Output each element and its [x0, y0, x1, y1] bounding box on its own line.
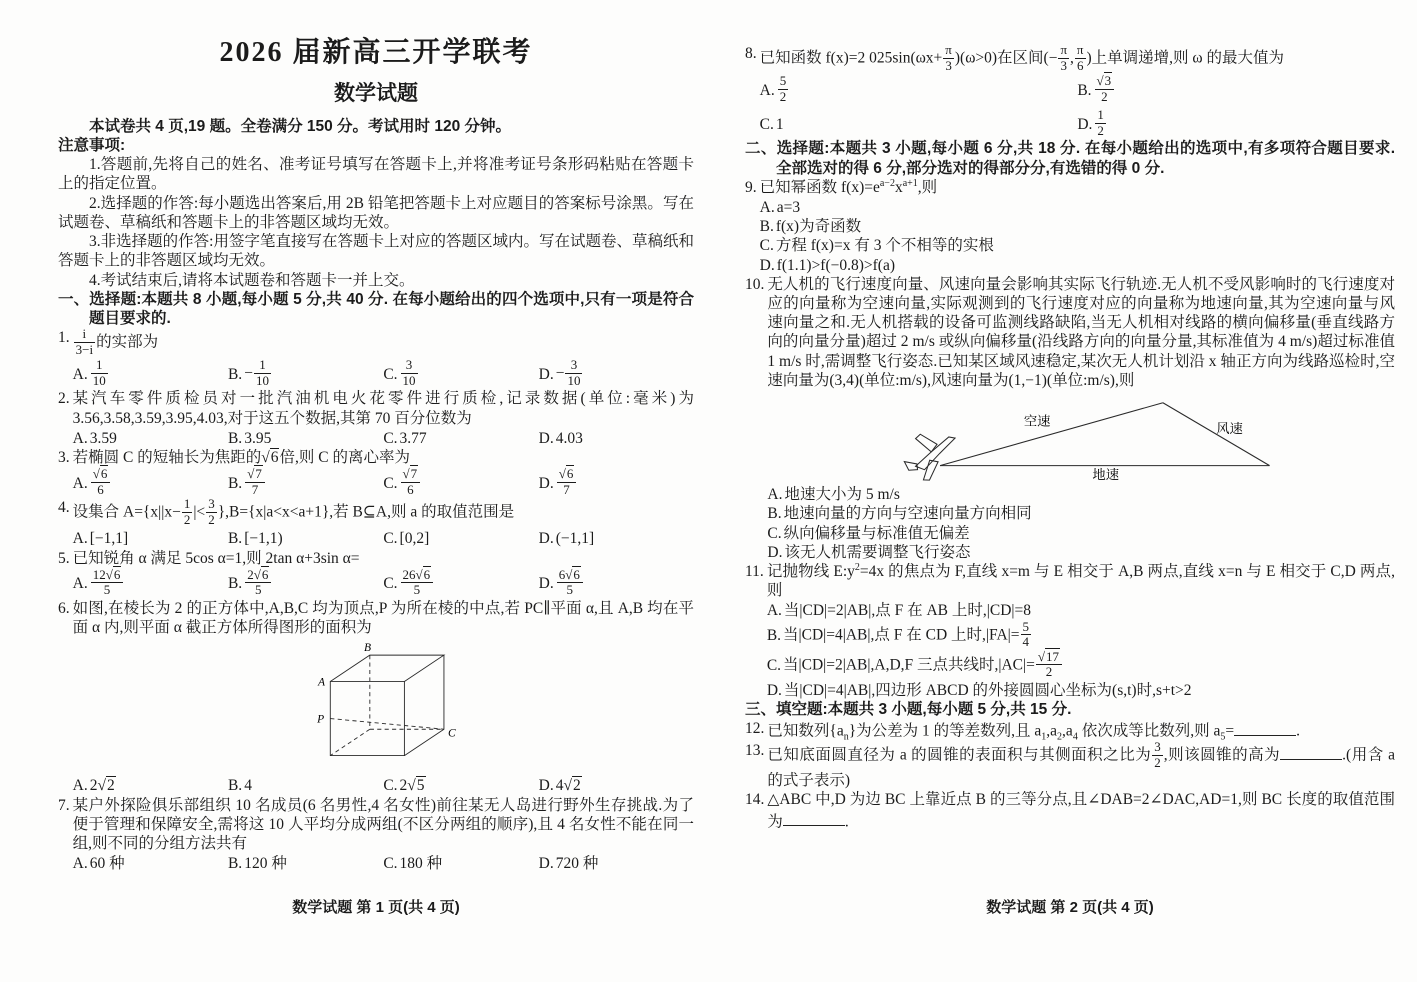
- option-C: C.2√5: [383, 776, 538, 795]
- option-D: D.√67: [539, 468, 694, 498]
- question-number: 6.: [58, 599, 73, 618]
- question-6: 6.如图,在棱长为 2 的正方体中,A,B,C 均为顶点,P 为所在棱的中点,若…: [58, 599, 694, 796]
- option-value: 当|CD|=4|AB|,四边形 ABCD 的外接圆圆心坐标为(s,t)时,s+t…: [784, 681, 1192, 700]
- question-number: 3.: [58, 448, 73, 467]
- question-9: 9.已知幂函数 f(x)=ea−2xa+1,则A.a=3B.f(x)为奇函数C.…: [745, 178, 1395, 275]
- option-A: A.√66: [73, 468, 228, 498]
- question-10: 10.无人机的飞行速度向量、风速向量会影响其实际飞行轨迹.无人机不受风影响时的飞…: [745, 275, 1395, 562]
- option-value: √66: [90, 468, 112, 498]
- option-label: D.: [760, 256, 777, 275]
- option-A: A.当|CD|=2|AB|,点 F 在 AB 上时,|CD|=8: [767, 601, 1395, 620]
- option-value: 12: [1094, 109, 1107, 139]
- options: A.52B.√32C.1D.12: [760, 75, 1395, 139]
- option-C: C.3.77: [383, 429, 538, 448]
- option-value: a=3: [777, 198, 800, 217]
- cube-label-a: A: [317, 677, 326, 689]
- option-label: B.: [767, 626, 783, 645]
- option-value: 6√65: [556, 569, 584, 599]
- option-label: D.: [1077, 115, 1094, 134]
- option-value: 2√2: [90, 776, 116, 795]
- question-number: 10.: [745, 275, 767, 294]
- question-11: 11.记抛物线 E:y2=4x 的焦点为 F,直线 x=m 与 E 相交于 A,…: [745, 562, 1395, 700]
- velocity-triangle-figure: 空速 风速 地速: [767, 393, 1395, 483]
- question-3: 3.若椭圆 C 的短轴长为焦距的√6倍,则 C 的离心率为A.√66B.√77C…: [58, 448, 694, 498]
- notice-item: 2.选择题的作答:每小题选出答案后,用 2B 铅笔把答题卡上对应题目的答案标号涂…: [58, 194, 694, 232]
- option-D: D.−310: [539, 359, 694, 389]
- options: A.3.59B.3.95C.3.77D.4.03: [73, 429, 694, 448]
- section-heading: 三、填空题:本题共 3 小题,每小题 5 分,共 15 分.: [745, 700, 1395, 719]
- question-text: 已知数列{an}为公差为 1 的等差数列,且 a1,a2,a4 依次成等比数列,…: [767, 719, 1395, 741]
- option-value: 地速大小为 5 m/s: [784, 485, 899, 504]
- option-label: C.: [383, 854, 399, 873]
- option-label: C.: [383, 529, 399, 548]
- options: A.[−1,1]B.[−1,1)C.[0,2]D.(−1,1]: [73, 529, 694, 548]
- airplane-icon: [898, 425, 964, 483]
- option-label: C.: [383, 429, 399, 448]
- option-value: 3.95: [244, 429, 271, 448]
- option-label: B.: [228, 776, 244, 795]
- option-value: [−1,1): [244, 529, 282, 548]
- option-value: 当|CD|=2|AB|,点 F 在 AB 上时,|CD|=8: [784, 601, 1031, 620]
- option-B: B.√32: [1077, 75, 1395, 105]
- option-value: 180 种: [400, 854, 443, 873]
- option-D: D.该无人机需要调整飞行姿态: [767, 543, 1395, 562]
- option-label: A.: [760, 81, 777, 100]
- option-value: [0,2]: [400, 529, 430, 548]
- option-label: A.: [767, 601, 784, 620]
- option-label: B.: [228, 365, 244, 384]
- option-value: 3.59: [90, 429, 117, 448]
- option-D: D.(−1,1]: [539, 529, 694, 548]
- option-D: D.720 种: [539, 854, 694, 873]
- option-value: √77: [244, 468, 266, 498]
- option-C: C.纵向偏移量与标准值无偏差: [767, 524, 1395, 543]
- option-label: C.: [383, 574, 399, 593]
- option-label: D.: [767, 543, 784, 562]
- option-label: D.: [539, 854, 556, 873]
- option-label: A.: [73, 529, 90, 548]
- option-A: A.3.59: [73, 429, 228, 448]
- option-label: C.: [383, 365, 399, 384]
- question-number: 5.: [58, 549, 73, 568]
- option-value: [−1,1]: [90, 529, 128, 548]
- option-C: C.310: [383, 359, 538, 389]
- option-value: 2√65: [244, 569, 272, 599]
- option-value: 当|CD|=4|AB|,点 F 在 CD 上时,|FA|=54: [783, 621, 1032, 651]
- options: A.当|CD|=2|AB|,点 F 在 AB 上时,|CD|=8B.当|CD|=…: [767, 601, 1395, 700]
- option-value: 4√2: [556, 776, 582, 795]
- option-label: C.: [383, 776, 399, 795]
- option-B: B.4: [228, 776, 383, 795]
- exam-subtitle: 数学试题: [58, 81, 694, 107]
- option-A: A.12√65: [73, 569, 228, 599]
- page-2: 8.已知函数 f(x)=2 025sin(ωx+π3)(ω>0)在区间(−π3,…: [745, 0, 1395, 982]
- cube-label-b: B: [364, 642, 371, 654]
- question-text: i3−i的实部为: [73, 328, 694, 358]
- question-number: 7.: [58, 796, 73, 815]
- option-value: 纵向偏移量与标准值无偏差: [784, 524, 970, 543]
- option-D: D.f(1.1)>f(−0.8)>f(a): [760, 256, 1395, 275]
- question-text: 已知锐角 α 满足 5cos α=1,则 2tan α+3sin α=: [73, 549, 694, 568]
- option-label: C.: [767, 524, 783, 543]
- question-number: 2.: [58, 389, 73, 408]
- option-label: A.: [760, 198, 777, 217]
- option-C: C.1: [760, 109, 1078, 139]
- question-text: 记抛物线 E:y2=4x 的焦点为 F,直线 x=m 与 E 相交于 A,B 两…: [767, 562, 1395, 600]
- page-footer: 数学试题 第 1 页(共 4 页): [58, 899, 694, 918]
- question-number: 13.: [745, 741, 767, 760]
- option-label: B.: [760, 217, 776, 236]
- option-B: B.120 种: [228, 854, 383, 873]
- question-12: 12.已知数列{an}为公差为 1 的等差数列,且 a1,a2,a4 依次成等比…: [745, 719, 1395, 741]
- option-label: D.: [539, 365, 556, 384]
- windspeed-label: 风速: [1216, 420, 1243, 436]
- exam-title: 2026 届新高三开学联考: [58, 36, 694, 71]
- question-8: 8.已知函数 f(x)=2 025sin(ωx+π3)(ω>0)在区间(−π3,…: [745, 44, 1395, 139]
- notice-item: 3.非选择题的作答:用签字笔直接写在答题卡上对应的答题区域内。写在试题卷、草稿纸…: [58, 232, 694, 270]
- option-D: D.6√65: [539, 569, 694, 599]
- question-number: 8.: [745, 44, 760, 63]
- cube-figure: B A P C: [73, 640, 694, 774]
- option-D: D.4√2: [539, 776, 694, 795]
- question-text: 设集合 A={x||x−12|<32},B={x|a<x<a+1},若 B⊆A,…: [73, 498, 694, 528]
- option-value: √67: [556, 468, 578, 498]
- question-number: 14.: [745, 790, 767, 809]
- option-label: B.: [228, 529, 244, 548]
- option-value: (−1,1]: [556, 529, 594, 548]
- option-label: D.: [539, 529, 556, 548]
- question-text: 无人机的飞行速度向量、风速向量会影响其实际飞行轨迹.无人机不受风影响时的飞行速度…: [767, 275, 1395, 390]
- option-B: B.f(x)为奇函数: [760, 217, 1395, 236]
- exam-sheet: 2026 届新高三开学联考 数学试题 本试卷共 4 页,19 题。全卷满分 15…: [0, 0, 1417, 982]
- page-footer: 数学试题 第 2 页(共 4 页): [745, 899, 1395, 918]
- options: A.60 种B.120 种C.180 种D.720 种: [73, 854, 694, 873]
- option-D: D.4.03: [539, 429, 694, 448]
- question-number: 1.: [58, 328, 73, 347]
- question-list: 8.已知函数 f(x)=2 025sin(ωx+π3)(ω>0)在区间(−π3,…: [745, 44, 1395, 831]
- option-B: B.当|CD|=4|AB|,点 F 在 CD 上时,|FA|=54: [767, 621, 1395, 651]
- option-value: 12√65: [90, 569, 125, 599]
- cube-label-c: C: [448, 728, 456, 740]
- option-value: √76: [400, 468, 422, 498]
- option-B: B.√77: [228, 468, 383, 498]
- option-value: 3.77: [400, 429, 427, 448]
- option-label: A.: [73, 776, 90, 795]
- option-label: B.: [228, 574, 244, 593]
- section-heading: 一、选择题:本题共 8 小题,每小题 5 分,共 40 分. 在每小题给出的四个…: [58, 290, 694, 328]
- option-value: −110: [244, 359, 272, 389]
- question-7: 7.某户外探险俱乐部组织 10 名成员(6 名男性,4 名女性)前往某无人岛进行…: [58, 796, 694, 874]
- option-value: 110: [90, 359, 109, 389]
- cube-figure-svg: B A P C: [299, 640, 467, 774]
- option-C: C.180 种: [383, 854, 538, 873]
- options: A.地速大小为 5 m/sB.地速向量的方向与空速向量方向相同C.纵向偏移量与标…: [767, 485, 1395, 562]
- option-label: B.: [228, 474, 244, 493]
- option-value: 720 种: [556, 854, 599, 873]
- option-label: A.: [767, 485, 784, 504]
- question-1: 1.i3−i的实部为A.110B.−110C.310D.−310: [58, 328, 694, 389]
- page-1: 2026 届新高三开学联考 数学试题 本试卷共 4 页,19 题。全卷满分 15…: [58, 0, 694, 982]
- option-value: −310: [556, 359, 584, 389]
- question-13: 13.已知底面圆直径为 a 的圆锥的表面积与其侧面积之比为32,则该圆锥的高为.…: [745, 741, 1395, 790]
- option-label: A.: [73, 474, 90, 493]
- option-label: A.: [73, 365, 90, 384]
- option-label: A.: [73, 574, 90, 593]
- option-label: C.: [760, 115, 776, 134]
- option-label: A.: [73, 429, 90, 448]
- option-C: C.当|CD|=2|AB|,A,D,F 三点共线时,|AC|=√172: [767, 651, 1395, 681]
- option-B: B.地速向量的方向与空速向量方向相同: [767, 504, 1395, 523]
- options: A.110B.−110C.310D.−310: [73, 359, 694, 389]
- option-A: A.[−1,1]: [73, 529, 228, 548]
- option-label: B.: [228, 429, 244, 448]
- options: A.√66B.√77C.√76D.√67: [73, 468, 694, 498]
- question-text: 某汽车零件质检员对一批汽油机电火花零件进行质检,记录数据(单位:毫米)为 3.5…: [73, 389, 694, 427]
- options: A.12√65B.2√65C.26√65D.6√65: [73, 569, 694, 599]
- option-value: √32: [1094, 75, 1116, 105]
- question-list: 一、选择题:本题共 8 小题,每小题 5 分,共 40 分. 在每小题给出的四个…: [58, 290, 694, 874]
- options: A.2√2B.4C.2√5D.4√2: [73, 776, 694, 795]
- option-label: D.: [539, 429, 556, 448]
- question-text: 已知底面圆直径为 a 的圆锥的表面积与其侧面积之比为32,则该圆锥的高为.(用含…: [767, 741, 1395, 790]
- option-value: 52: [777, 75, 790, 105]
- question-text: 某户外探险俱乐部组织 10 名成员(6 名男性,4 名女性)前往某无人岛进行野外…: [73, 796, 694, 854]
- option-value: 4: [244, 776, 252, 795]
- option-label: C.: [767, 656, 783, 675]
- option-C: C.方程 f(x)=x 有 3 个不相等的实根: [760, 236, 1395, 255]
- question-number: 11.: [745, 562, 767, 581]
- option-label: A.: [73, 854, 90, 873]
- option-value: 120 种: [244, 854, 287, 873]
- question-4: 4.设集合 A={x||x−12|<32},B={x|a<x<a+1},若 B⊆…: [58, 498, 694, 548]
- option-value: 60 种: [90, 854, 125, 873]
- option-B: B.[−1,1): [228, 529, 383, 548]
- option-A: A.a=3: [760, 198, 1395, 217]
- option-label: C.: [383, 474, 399, 493]
- question-2: 2.某汽车零件质检员对一批汽油机电火花零件进行质检,记录数据(单位:毫米)为 3…: [58, 389, 694, 448]
- question-text: 如图,在棱长为 2 的正方体中,A,B,C 均为顶点,P 为所在棱的中点,若 P…: [73, 599, 694, 637]
- notice-item: 4.考试结束后,请将本试题卷和答题卡一并上交。: [58, 271, 694, 290]
- option-value: 该无人机需要调整飞行姿态: [784, 543, 970, 562]
- option-label: B.: [1077, 81, 1093, 100]
- option-value: 4.03: [556, 429, 583, 448]
- option-C: C.26√65: [383, 569, 538, 599]
- option-label: D.: [539, 776, 556, 795]
- option-label: C.: [760, 236, 776, 255]
- question-14: 14.△ABC 中,D 为边 BC 上靠近点 B 的三等分点,且∠DAB=2∠D…: [745, 790, 1395, 831]
- option-value: 1: [776, 115, 784, 134]
- velocity-triangle-svg: 空速 风速 地速: [881, 393, 1281, 483]
- answer-blank: [783, 810, 845, 827]
- option-A: A.地速大小为 5 m/s: [767, 485, 1395, 504]
- notice-item: 1.答题前,先将自己的姓名、准考证号填写在答题卡上,并将准考证号条形码粘贴在答题…: [58, 155, 694, 193]
- options: A.a=3B.f(x)为奇函数C.方程 f(x)=x 有 3 个不相等的实根D.…: [760, 198, 1395, 275]
- option-label: D.: [539, 574, 556, 593]
- option-A: A.60 种: [73, 854, 228, 873]
- option-label: D.: [539, 474, 556, 493]
- groundspeed-label: 地速: [1093, 466, 1120, 482]
- cube-label-p: P: [316, 714, 324, 726]
- option-value: 26√65: [400, 569, 435, 599]
- option-value: 方程 f(x)=x 有 3 个不相等的实根: [776, 236, 994, 255]
- option-A: A.110: [73, 359, 228, 389]
- option-C: C.[0,2]: [383, 529, 538, 548]
- option-label: B.: [228, 854, 244, 873]
- section-heading: 二、选择题:本题共 3 小题,每小题 6 分,共 18 分. 在每小题给出的选项…: [745, 139, 1395, 177]
- option-D: D.12: [1077, 109, 1395, 139]
- option-B: B.2√65: [228, 569, 383, 599]
- question-text: 已知函数 f(x)=2 025sin(ωx+π3)(ω>0)在区间(−π3,π6…: [760, 44, 1395, 74]
- option-value: f(1.1)>f(−0.8)>f(a): [777, 256, 895, 275]
- question-5: 5.已知锐角 α 满足 5cos α=1,则 2tan α+3sin α=A.1…: [58, 549, 694, 599]
- exam-intro: 本试卷共 4 页,19 题。全卷满分 150 分。考试用时 120 分钟。: [58, 117, 694, 136]
- option-value: f(x)为奇函数: [776, 217, 861, 236]
- option-C: C.√76: [383, 468, 538, 498]
- question-number: 9.: [745, 178, 760, 197]
- question-text: 已知幂函数 f(x)=ea−2xa+1,则: [760, 178, 1395, 197]
- answer-blank: [1234, 719, 1296, 736]
- option-B: B.−110: [228, 359, 383, 389]
- question-text: 若椭圆 C 的短轴长为焦距的√6倍,则 C 的离心率为: [73, 448, 694, 467]
- notice-heading: 注意事项:: [58, 136, 694, 155]
- question-number: 12.: [745, 719, 767, 738]
- option-label: D.: [767, 681, 784, 700]
- question-number: 4.: [58, 498, 73, 517]
- option-value: 地速向量的方向与空速向量方向相同: [784, 504, 1032, 523]
- option-value: 310: [400, 359, 419, 389]
- option-value: 当|CD|=2|AB|,A,D,F 三点共线时,|AC|=√172: [783, 651, 1063, 681]
- answer-blank: [1280, 743, 1342, 760]
- option-B: B.3.95: [228, 429, 383, 448]
- airspeed-label: 空速: [1024, 413, 1051, 429]
- option-D: D.当|CD|=4|AB|,四边形 ABCD 的外接圆圆心坐标为(s,t)时,s…: [767, 681, 1395, 700]
- option-label: B.: [767, 504, 783, 523]
- question-text: △ABC 中,D 为边 BC 上靠近点 B 的三等分点,且∠DAB=2∠DAC,…: [767, 790, 1395, 831]
- option-A: A.52: [760, 75, 1078, 105]
- option-A: A.2√2: [73, 776, 228, 795]
- option-value: 2√5: [400, 776, 426, 795]
